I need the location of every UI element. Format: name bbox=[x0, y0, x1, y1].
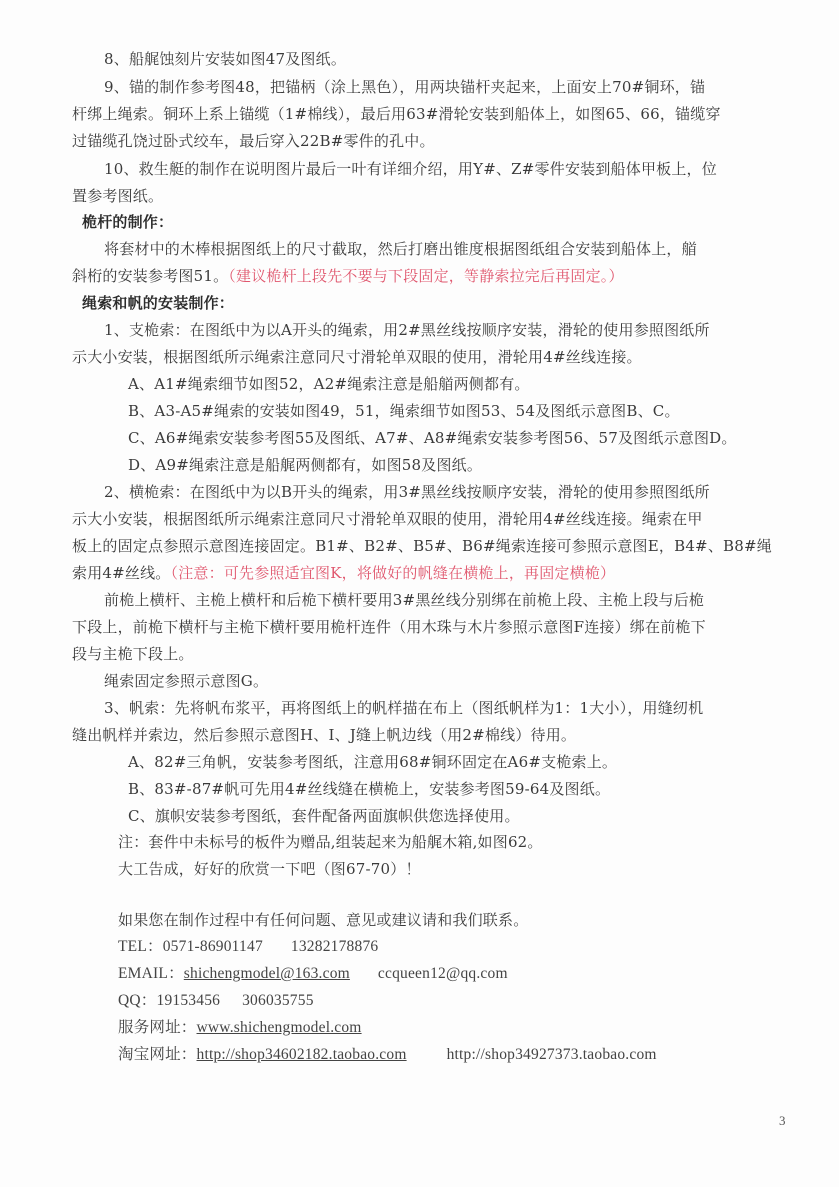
rigging-warning-note: （注意：可先参照适宜图K，将做好的帆缝在横桅上，再固定横桅） bbox=[171, 564, 616, 582]
rigging-2-line-3: 板上的固定点参照示意图连接固定。B1#、B2#、B5#、B6#绳索连接可参照示意… bbox=[72, 536, 772, 556]
step-9-line-1: 9、锚的制作参考图48，把锚柄（涂上黑色），用两块锚杆夹起来，上面安上70#铜环… bbox=[104, 77, 705, 97]
mast-para-line-2: 斜桁的安装参考图51。（建议桅杆上段先不要与下段固定，等静索拉完后再固定。） bbox=[72, 266, 624, 286]
step-10-line-1: 10、救生艇的制作在说明图片最后一叶有详细介绍，用Y#、Z#零件安装到船体甲板上… bbox=[104, 159, 717, 179]
taobao-link-2: http://shop34927373.taobao.com bbox=[447, 1046, 657, 1063]
rigging-1-a: A、A1#绳索细节如图52，A2#绳索注意是船艏两侧都有。 bbox=[128, 374, 530, 394]
rigging-1-c: C、A6#绳索安装参考图55及图纸、A7#、A8#绳索安装参考图56、57及图纸… bbox=[128, 428, 737, 448]
step-9-line-2: 杆绑上绳索。铜环上系上锚缆（1#棉线），最后用63#滑轮安装到船体上，如图65、… bbox=[72, 104, 721, 124]
email-label: EMAIL： bbox=[118, 965, 184, 982]
contact-tel-row: TEL：0571-8690114713282178876 bbox=[118, 937, 378, 957]
rigging-1-b: B、A3-A5#绳索的安装如图49，51，绳索细节如图53、54及图纸示意图B、… bbox=[128, 401, 680, 421]
email-2: ccqueen12@qq.com bbox=[378, 965, 508, 982]
taobao-link-1[interactable]: http://shop34602182.taobao.com bbox=[197, 1046, 407, 1063]
website-link[interactable]: www.shichengmodel.com bbox=[197, 1019, 362, 1036]
step-8: 8、船艉蚀刻片安装如图47及图纸。 bbox=[104, 49, 346, 69]
rope-fix-line: 绳索固定参照示意图G。 bbox=[104, 671, 268, 691]
taobao-label: 淘宝网址： bbox=[118, 1046, 197, 1063]
section-heading-rigging: 绳索和帆的安装制作： bbox=[82, 293, 234, 313]
web-label: 服务网址： bbox=[118, 1019, 197, 1036]
mast-warning-note: （建议桅杆上段先不要与下段固定，等静索拉完后再固定。） bbox=[228, 267, 623, 285]
sail-3-b: B、83#-87#帆可先用4#丝线缝在横桅上，安装参考图59-64及图纸。 bbox=[128, 779, 610, 799]
rigging-1-line-1: 1、支桅索：在图纸中为以A开头的绳索，用2#黑丝线按顺序安装，滑轮的使用参照图纸… bbox=[104, 320, 710, 340]
mast-para-text: 斜桁的安装参考图51。 bbox=[72, 267, 228, 285]
qq-label: QQ： bbox=[118, 992, 157, 1009]
contact-taobao-row: 淘宝网址：http://shop34602182.taobao.comhttp:… bbox=[118, 1045, 657, 1065]
note-gift: 注：套件中未标号的板件为赠品,组装起来为船艉木箱,如图62。 bbox=[118, 832, 543, 852]
rigging-2-line-4: 索用4#丝线。（注意：可先参照适宜图K，将做好的帆缝在横桅上，再固定横桅） bbox=[72, 563, 615, 583]
page-number: 3 bbox=[779, 1113, 786, 1129]
yard-para-line-2: 下段上，前桅下横杆与主桅下横杆要用桅杆连件（用木珠与木片参照示意图F连接）绑在前… bbox=[72, 617, 706, 637]
tel-number-1: 0571-86901147 bbox=[163, 938, 263, 955]
qq-2: 306035755 bbox=[242, 992, 314, 1009]
yard-para-line-1: 前桅上横杆、主桅上横杆和后桅下横杆要用3#黑丝线分别绑在前桅上段、主桅上段与后桅 bbox=[104, 590, 704, 610]
rigging-2-text: 索用4#丝线。 bbox=[72, 564, 171, 582]
rigging-1-line-2: 示大小安装，根据图纸所示绳索注意同尺寸滑轮单双眼的使用，滑轮用4#丝线连接。 bbox=[72, 347, 642, 367]
contact-qq-row: QQ：19153456306035755 bbox=[118, 991, 314, 1011]
contact-email-row: EMAIL：shichengmodel@163.comccqueen12@qq.… bbox=[118, 964, 508, 984]
rigging-2-line-2: 示大小安装，根据图纸所示绳索注意同尺寸滑轮单双眼的使用，滑轮用4#丝线连接。绳索… bbox=[72, 509, 703, 529]
step-10-line-2: 置参考图纸。 bbox=[72, 186, 163, 206]
sail-3-line-2: 缝出帆样并索边，然后参照示意图H、I、J缝上帆边线（用2#棉线）待用。 bbox=[72, 725, 576, 745]
contact-intro: 如果您在制作过程中有任何问题、意见或建议请和我们联系。 bbox=[118, 910, 528, 930]
tel-label: TEL： bbox=[118, 938, 163, 955]
section-heading-mast: 桅杆的制作： bbox=[82, 212, 173, 232]
sail-3-line-1: 3、帆索：先将帆布浆平，再将图纸上的帆样描在布上（图纸帆样为1：1大小），用缝纫… bbox=[104, 698, 703, 718]
contact-web-row: 服务网址：www.shichengmodel.com bbox=[118, 1018, 362, 1038]
sail-3-c: C、旗帜安装参考图纸，套件配备两面旗帜供您选择使用。 bbox=[128, 806, 520, 826]
rigging-2-line-1: 2、横桅索：在图纸中为以B开头的绳索，用3#黑丝线按顺序安装，滑轮的使用参照图纸… bbox=[104, 482, 710, 502]
rigging-1-d: D、A9#绳索注意是船艉两侧都有，如图58及图纸。 bbox=[128, 455, 482, 475]
instruction-page: 8、船艉蚀刻片安装如图47及图纸。 9、锚的制作参考图48，把锚柄（涂上黑色），… bbox=[0, 0, 839, 1187]
step-9-line-3: 过锚缆孔饶过卧式绞车，最后穿入22B#零件的孔中。 bbox=[72, 131, 435, 151]
yard-para-line-3: 段与主桅下段上。 bbox=[72, 644, 194, 664]
email-link-1[interactable]: shichengmodel@163.com bbox=[184, 965, 350, 982]
finish-line: 大工告成，好好的欣赏一下吧（图67-70）！ bbox=[118, 859, 421, 879]
sail-3-a: A、82#三角帆，安装参考图纸，注意用68#铜环固定在A6#支桅索上。 bbox=[128, 752, 617, 772]
qq-1: 19153456 bbox=[157, 992, 221, 1009]
tel-number-2: 13282178876 bbox=[291, 938, 378, 955]
mast-para-line-1: 将套材中的木棒根据图纸上的尺寸截取，然后打磨出锥度根据图纸组合安装到船体上，艏 bbox=[104, 239, 697, 259]
